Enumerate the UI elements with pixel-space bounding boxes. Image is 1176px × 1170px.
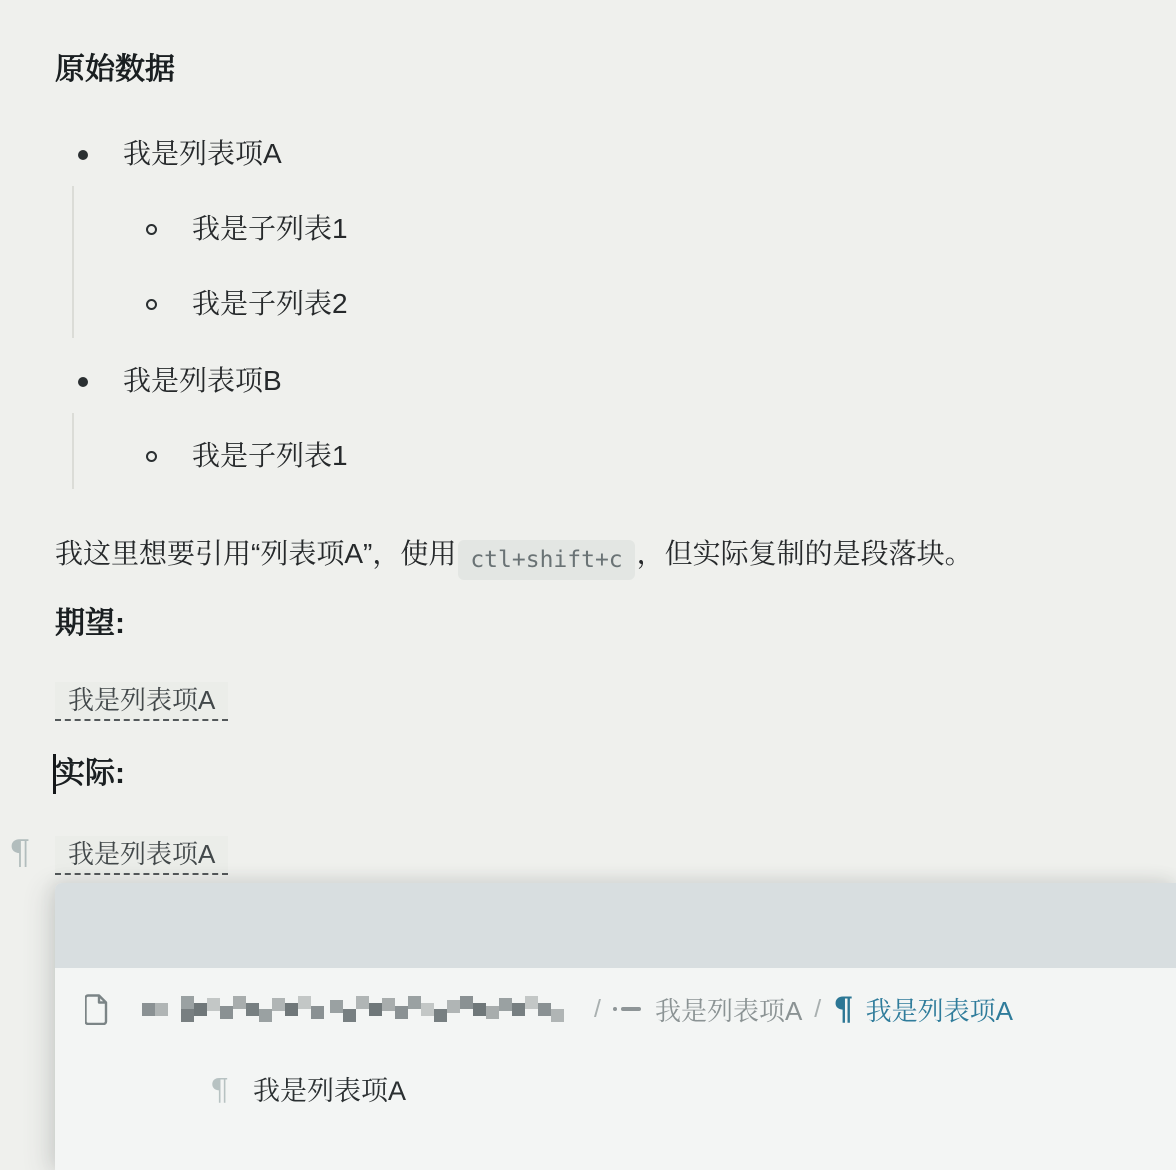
paragraph-text-before: 我这里想要引用“列表项A”，使用: [55, 538, 456, 569]
breadcrumb-list-segment[interactable]: 我是列表项A: [655, 991, 802, 1028]
list-item-label: 我是子列表2: [192, 286, 348, 322]
breadcrumb-paragraph-segment[interactable]: 我是列表项A: [866, 991, 1013, 1028]
hollow-bullet-icon: [146, 451, 157, 462]
list-item-label: 我是列表项B: [123, 363, 282, 399]
paragraph-text-after: ，但实际复制的是段落块。: [637, 538, 973, 569]
paragraph-mark-icon: ¶: [833, 991, 853, 1027]
redacted-filename-mosaic: [142, 994, 566, 1024]
bullet-icon: [78, 377, 88, 387]
hollow-bullet-icon: [146, 299, 157, 310]
heading-original-data: 原始数据: [55, 52, 175, 88]
breadcrumb-separator: /: [594, 995, 601, 1024]
list-item-label: 我是列表项A: [123, 136, 282, 172]
heading-expected: 期望:: [55, 606, 125, 642]
block-reference-actual[interactable]: 我是列表项A: [55, 836, 228, 875]
breadcrumb-separator: /: [814, 995, 821, 1024]
preview-paragraph-text: 我是列表项A: [253, 1073, 406, 1109]
file-icon: [85, 994, 109, 1025]
indent-guide: [72, 186, 74, 338]
list-item-label: 我是子列表1: [192, 438, 348, 474]
breadcrumb: / 我是列表项A / ¶ 我是列表项A: [55, 986, 1176, 1032]
inline-code-shortcut: ctl+shift+c: [458, 540, 634, 580]
block-reference-expected[interactable]: 我是列表项A: [55, 682, 228, 721]
document-page: 原始数据 我是列表项A 我是子列表1 我是子列表2 我是列表项B 我是子列表1 …: [0, 0, 1176, 1170]
hollow-bullet-icon: [146, 224, 157, 235]
list-item-icon: [613, 994, 643, 1024]
list-item-label: 我是子列表1: [192, 211, 348, 247]
popup-header-bar[interactable]: [55, 883, 1176, 968]
paragraph-mark-icon: ¶: [9, 833, 31, 873]
preview-paragraph-row[interactable]: ¶ 我是列表项A: [55, 1071, 1176, 1115]
heading-actual: 实际:: [55, 756, 125, 792]
indent-guide: [72, 413, 74, 489]
paragraph: 我这里想要引用“列表项A”，使用ctl+shift+c，但实际复制的是段落块。: [55, 534, 973, 580]
block-preview-popup: / 我是列表项A / ¶ 我是列表项A ¶ 我是列表项A: [55, 883, 1176, 1170]
bullet-icon: [78, 150, 88, 160]
paragraph-mark-icon: ¶: [210, 1071, 229, 1111]
